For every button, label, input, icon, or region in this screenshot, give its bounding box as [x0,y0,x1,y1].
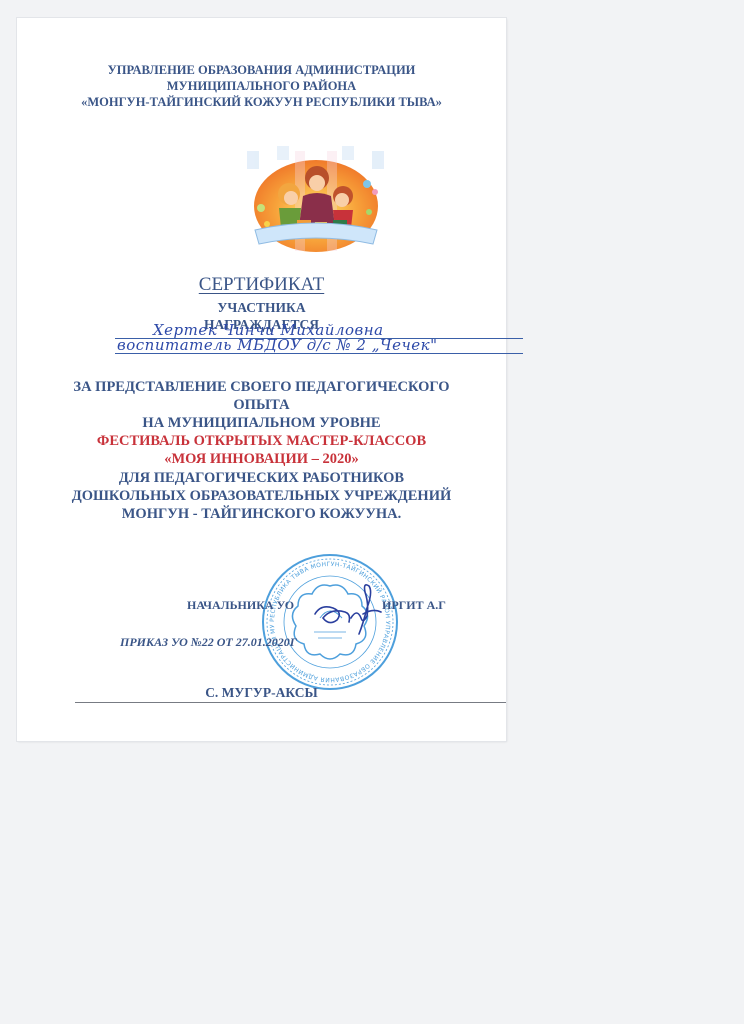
header-line-3: «МОНГУН-ТАЙГИНСКИЙ КОЖУУН РЕСПУБЛИКИ ТЫВ… [17,94,506,110]
teacher-with-children-emblem-icon [237,146,395,254]
certificate-subtitle: УЧАСТНИКА [17,300,506,316]
header-line-1: УПРАВЛЕНИЕ ОБРАЗОВАНИЯ АДМИНИСТРАЦИИ [17,62,506,78]
body-line-1: ЗА ПРЕДСТАВЛЕНИЕ СВОЕГО ПЕДАГОГИЧЕСКОГО [17,378,506,396]
audience-line-3: МОНГУН - ТАЙГИНСКОГО КОЖУУНА. [17,505,506,523]
body-line-3: НА МУНИЦИПАЛЬНОМ УРОВНЕ [17,414,506,432]
city-name: С. МУГУР-АКСЫ [17,685,506,701]
bottom-divider [75,702,506,703]
header-line-2: МУНИЦИПАЛЬНОГО РАЙОНА [17,78,506,94]
handwritten-signature-icon [307,578,387,638]
certificate-title: СЕРТИФИКАТ [17,274,506,296]
body-line-2: ОПЫТА [17,396,506,414]
order-reference: ПРИКАЗ УО №22 ОТ 27.01.2020Г [120,635,297,650]
event-title: «МОЯ ИННОВАЦИИ – 2020» [17,450,506,468]
signatory-title: НАЧАЛЬНИКА УО [187,598,294,613]
signatory-name: ИРГИТ А.Г [382,598,446,613]
recipient-position: воспитатель МБДОУ д/с № 2 „Чечек" [115,337,523,354]
certificate-sheet: УПРАВЛЕНИЕ ОБРАЗОВАНИЯ АДМИНИСТРАЦИИ МУН… [17,18,506,741]
audience-line-1: ДЛЯ ПЕДАГОГИЧЕСКИХ РАБОТНИКОВ [17,469,506,487]
event-name: ФЕСТИВАЛЬ ОТКРЫТЫХ МАСТЕР-КЛАССОВ [17,432,506,450]
audience-line-2: ДОШКОЛЬНЫХ ОБРАЗОВАТЕЛЬНЫХ УЧРЕЖДЕНИЙ [17,487,506,505]
